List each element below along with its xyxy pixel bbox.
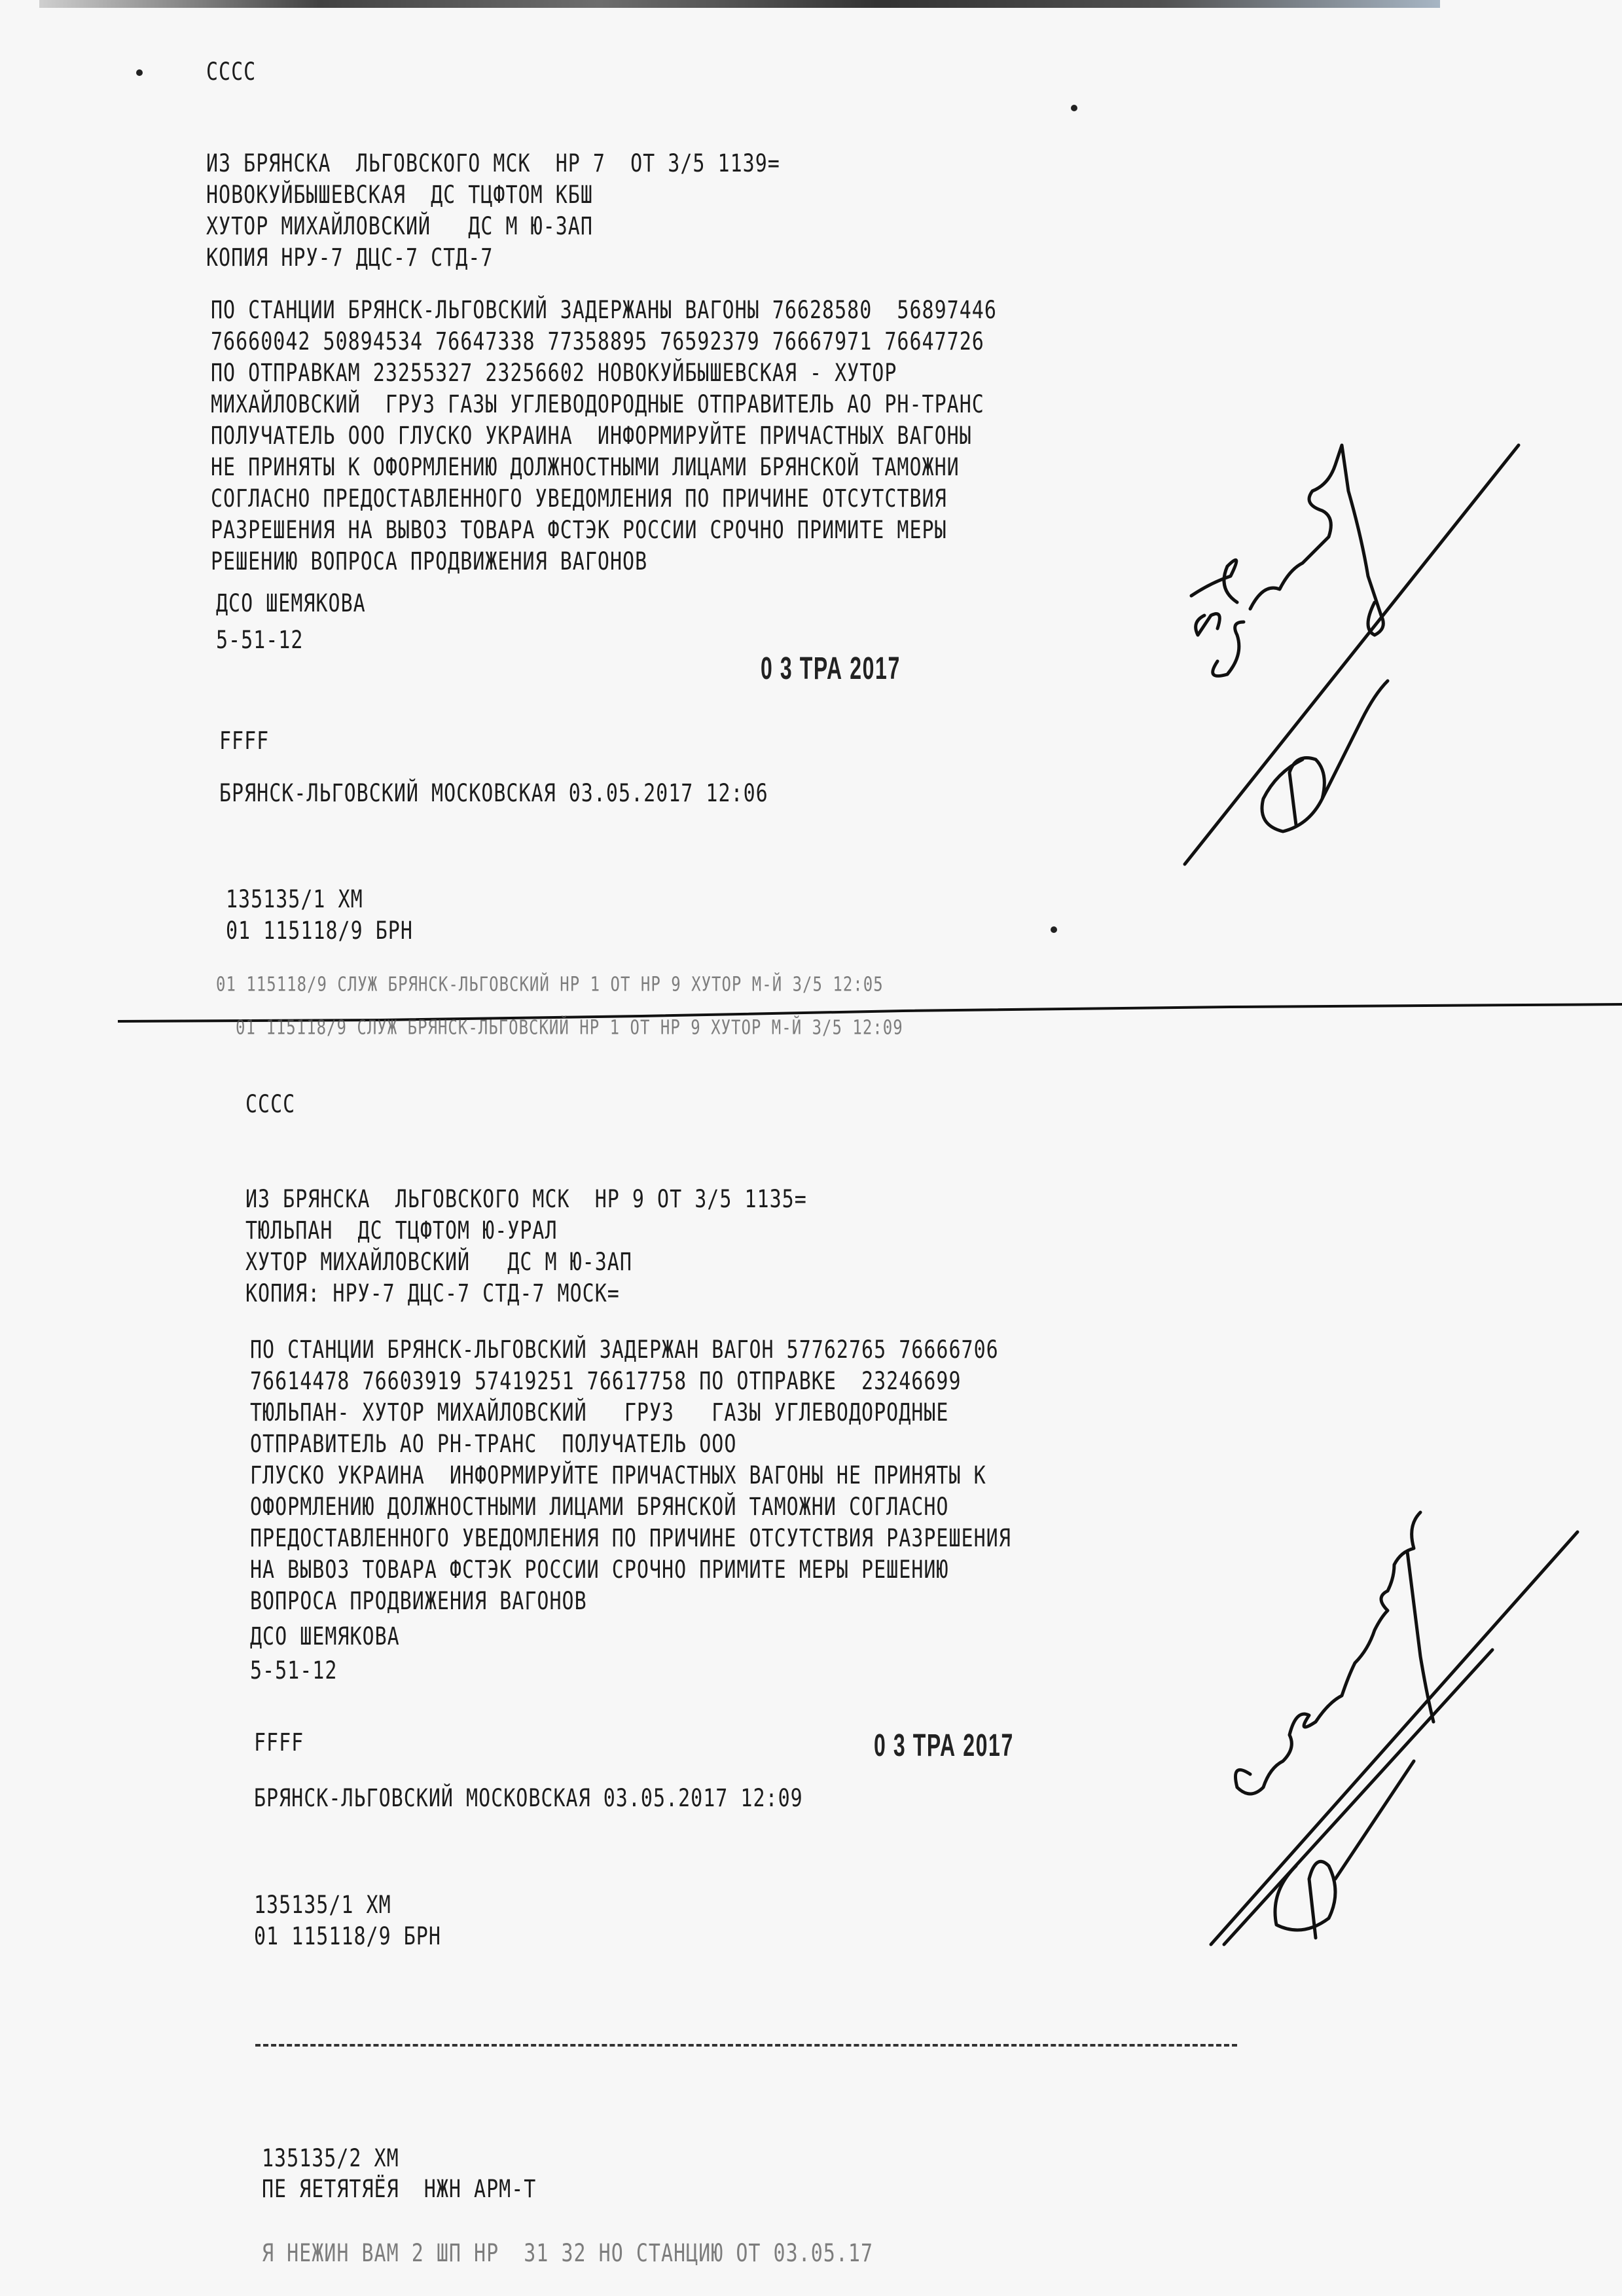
body-line: ГЛУСКО УКРАИНА ИНФОРМИРУЙТЕ ПРИЧАСТНЫХ В… — [250, 1461, 986, 1490]
body-line: РАЗРЕШЕНИЯ НА ВЫВОЗ ТОВАРА ФСТЭК РОССИИ … — [211, 516, 947, 545]
signed-by: ДСО ШЕМЯКОВА — [250, 1622, 400, 1651]
routing-line: ИЗ БРЯНСКА ЛЬГОВСКОГО МСК НР 7 ОТ 3/5 11… — [206, 149, 780, 178]
date-stamp: 0 3 ТРА 2017 — [761, 651, 901, 687]
footer-code: FFFF — [254, 1728, 304, 1757]
route-line: ПЕ ЯЕТЯТЯЁЯ НЖН АРМ-Т — [262, 2175, 536, 2204]
handwritten-signature-2 — [1198, 1486, 1591, 1964]
body-line: ОФОРМЛЕНИЮ ДОЛЖНОСТНЫМИ ЛИЦАМИ БРЯНСКОЙ … — [250, 1493, 948, 1522]
routing-line: ХУТОР МИХАЙЛОВСКИЙ ДС М Ю-ЗАП — [206, 212, 593, 241]
body-line: ВОПРОСА ПРОДВИЖЕНИЯ ВАГОНОВ — [250, 1587, 587, 1616]
routing-line: КОПИЯ: НРУ-7 ДЦС-7 СТД-7 МОСК= — [245, 1279, 620, 1308]
partial-line: Я НЕЖИН ВАМ 2 ШП НР 31 32 НО СТАНЦИЮ ОТ … — [262, 2239, 873, 2268]
routing-line: КОПИЯ НРУ-7 ДЦС-7 СТД-7 — [206, 244, 493, 272]
routing-line: ИЗ БРЯНСКА ЛЬГОВСКОГО МСК НР 9 ОТ 3/5 11… — [245, 1185, 807, 1214]
body-line: МИХАЙЛОВСКИЙ ГРУЗ ГАЗЫ УГЛЕВОДОРОДНЫЕ ОТ… — [211, 390, 984, 419]
body-line: ПРЕДОСТАВЛЕННОГО УВЕДОМЛЕНИЯ ПО ПРИЧИНЕ … — [250, 1524, 1011, 1553]
service-line: 135135/1 ХМ — [254, 1891, 391, 1920]
body-line: ПО СТАНЦИИ БРЯНСК-ЛЬГОВСКИЙ ЗАДЕРЖАН ВАГ… — [250, 1336, 999, 1364]
torn-partial-line: 01 115118/9 СЛУЖ БРЯНСК-ЛЬГОВСКИЙ НР 1 О… — [236, 1016, 903, 1039]
header-code: СССС — [245, 1090, 295, 1119]
body-line: ПО СТАНЦИИ БРЯНСК-ЛЬГОВСКИЙ ЗАДЕРЖАНЫ ВА… — [211, 296, 997, 325]
date-stamp: 0 3 ТРА 2017 — [874, 1728, 1014, 1764]
scan-speck — [1071, 105, 1077, 111]
phone: 5-51-12 — [216, 626, 303, 655]
body-line: НА ВЫВОЗ ТОВАРА ФСТЭК РОССИИ СРОЧНО ПРИМ… — [250, 1556, 948, 1584]
body-line: РЕШЕНИЮ ВОПРОСА ПРОДВИЖЕНИЯ ВАГОНОВ — [211, 547, 647, 576]
body-line: ТЮЛЬПАН- ХУТОР МИХАЙЛОВСКИЙ ГРУЗ ГАЗЫ УГ… — [250, 1398, 948, 1427]
signed-by: ДСО ШЕМЯКОВА — [216, 589, 366, 618]
torn-partial-line: 01 115118/9 СЛУЖ БРЯНСК-ЛЬГОВСКИЙ НР 1 О… — [216, 973, 884, 996]
routing-line: НОВОКУЙБЫШЕВСКАЯ ДС ТЦФТОМ КБШ — [206, 181, 593, 210]
service-line: 01 115118/9 БРН — [226, 917, 413, 945]
routing-line: ТЮЛЬПАН ДС ТЦФТОМ Ю-УРАЛ — [245, 1216, 558, 1245]
body-line: НЕ ПРИНЯТЫ К ОФОРМЛЕНИЮ ДОЛЖНОСТНЫМИ ЛИЦ… — [211, 453, 960, 482]
service-line: 135135/1 ХМ — [226, 885, 363, 914]
handwritten-signature-1 — [1165, 419, 1532, 877]
body-line: ОТПРАВИТЕЛЬ АО РН-ТРАНС ПОЛУЧАТЕЛЬ ООО — [250, 1430, 736, 1459]
service-line: 135135/2 ХМ — [262, 2144, 399, 2173]
message-separator — [255, 2044, 1237, 2047]
sender-line: БРЯНСК-ЛЬГОВСКИЙ МОСКОВСКАЯ 03.05.2017 1… — [219, 779, 768, 808]
scan-artifact-bar — [39, 0, 1440, 8]
phone: 5-51-12 — [250, 1656, 337, 1685]
service-line: 01 115118/9 БРН — [254, 1922, 441, 1951]
body-line: ПОЛУЧАТЕЛЬ ООО ГЛУСКО УКРАИНА ИНФОРМИРУЙ… — [211, 422, 972, 450]
scan-speck — [1051, 926, 1057, 933]
body-line: СОГЛАСНО ПРЕДОСТАВЛЕННОГО УВЕДОМЛЕНИЯ ПО… — [211, 484, 947, 513]
footer-code: FFFF — [219, 727, 269, 756]
routing-line: ХУТОР МИХАЙЛОВСКИЙ ДС М Ю-ЗАП — [245, 1248, 632, 1277]
body-line: ПО ОТПРАВКАМ 23255327 23256602 НОВОКУЙБЫ… — [211, 359, 897, 388]
header-code: СССС — [206, 58, 256, 86]
body-line: 76614478 76603919 57419251 76617758 ПО О… — [250, 1367, 962, 1396]
sender-line: БРЯНСК-ЛЬГОВСКИЙ МОСКОВСКАЯ 03.05.2017 1… — [254, 1784, 803, 1813]
body-line: 76660042 50894534 76647338 77358895 7659… — [211, 327, 984, 356]
scan-speck — [136, 69, 143, 76]
